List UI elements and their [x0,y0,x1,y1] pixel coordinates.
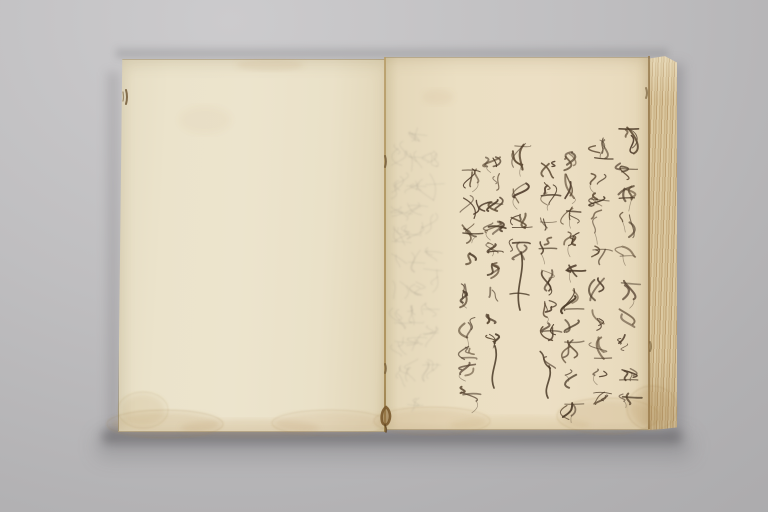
fore-edge-inner-line [648,56,650,429]
book-gutter-fold [384,57,386,432]
right-page-calligraphy [385,57,648,430]
fore-edge-page-stack [648,55,677,430]
left-page-blank [118,59,385,432]
book-left-shadow [107,72,119,432]
photo-background [0,0,768,512]
